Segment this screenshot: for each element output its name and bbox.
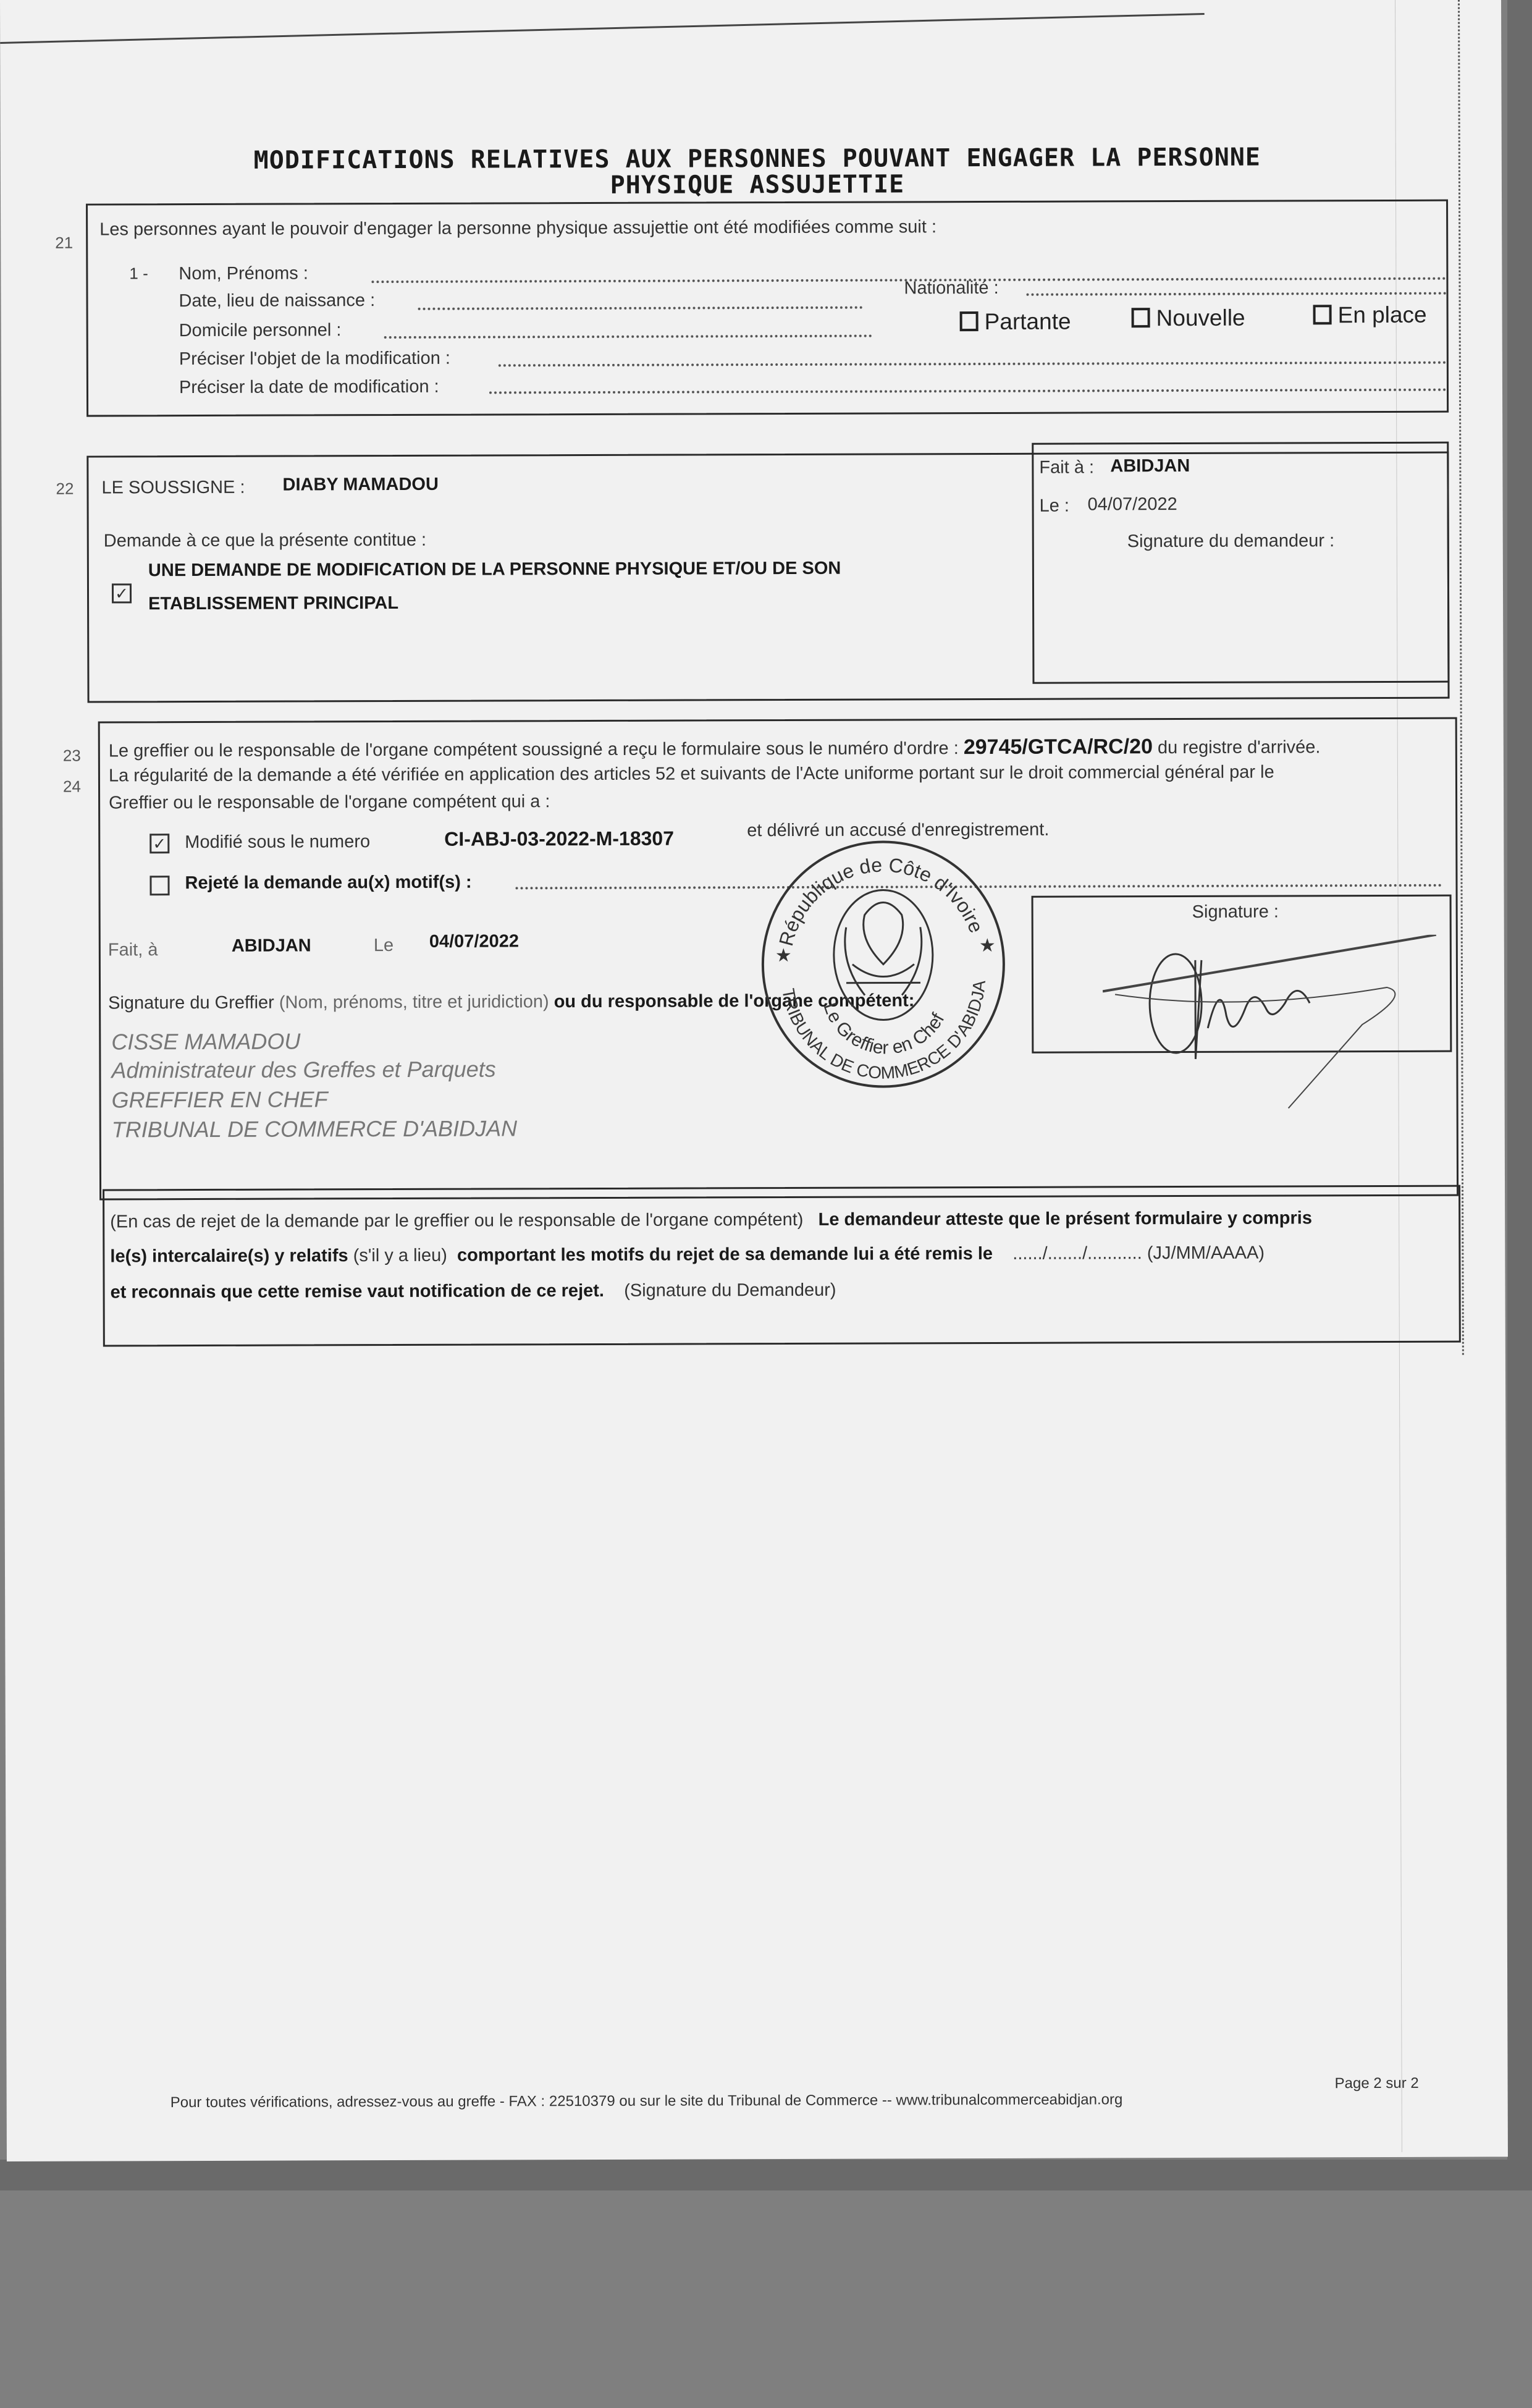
demande-label: Demande à ce que la présente contitue :	[104, 530, 426, 552]
option-nouvelle[interactable]: Nouvelle	[1132, 305, 1245, 332]
greffe-fait-a-value: ABIDJAN	[232, 936, 311, 956]
signature-demandeur-label: Signature du demandeur :	[1127, 531, 1334, 552]
rejected-checkbox[interactable]	[149, 876, 169, 895]
greffe-le-value: 04/07/2022	[429, 931, 519, 952]
checkbox-partante[interactable]	[960, 311, 979, 331]
objet-modification-label: Préciser l'objet de la modification :	[179, 349, 450, 370]
option-en-place[interactable]: En place	[1313, 302, 1427, 329]
order-number: 29745/GTCA/RC/20	[964, 735, 1153, 759]
request-line-1: UNE DEMANDE DE MODIFICATION DE LA PERSON…	[148, 559, 841, 581]
svg-text:★: ★	[979, 936, 996, 956]
section-number: 24	[63, 777, 81, 796]
nationalite-label: Nationalité :	[904, 278, 998, 298]
request-line-2: ETABLISSEMENT PRINCIPAL	[148, 593, 398, 614]
modified-number: CI-ABJ-03-2022-M-18307	[444, 827, 674, 851]
modification-request-checkbox[interactable]: ✓	[112, 583, 132, 603]
section-24-line-1: La régularité de la demande a été vérifi…	[109, 763, 1274, 787]
greffe-signature-label: Signature :	[1192, 902, 1279, 923]
scanner-band	[0, 2160, 1532, 2190]
cut-line	[0, 13, 1205, 44]
greffier-role: GREFFIER EN CHEF	[112, 1086, 328, 1113]
le-label: Le :	[1040, 496, 1069, 517]
nom-prenoms-label: Nom, Prénoms :	[179, 263, 308, 284]
modified-checkbox[interactable]: ✓	[149, 834, 169, 853]
soussigne-label: LE SOUSSIGNE :	[101, 478, 245, 499]
checkbox-en-place[interactable]	[1313, 305, 1332, 324]
item-index: 1 -	[129, 264, 148, 283]
fait-a-label: Fait à :	[1039, 457, 1094, 478]
court-stamp: République de Côte d'Ivoire TRIBUNAL DE …	[753, 834, 1013, 1094]
date-modification-label: Préciser la date de modification :	[179, 377, 439, 398]
rejection-date-field[interactable]: ....../......./...........	[1012, 1243, 1142, 1264]
footer-text: Pour toutes vérifications, adressez-vous…	[170, 2091, 1123, 2111]
greffier-title: Administrateur des Greffes et Parquets	[111, 1056, 495, 1083]
greffe-le-label: Le	[374, 936, 394, 956]
greffier-court: TRIBUNAL DE COMMERCE D'ABIDJAN	[112, 1115, 517, 1143]
section-number: 23	[63, 746, 81, 766]
option-partante[interactable]: Partante	[960, 309, 1071, 336]
scan-artifact-dashes	[1458, 0, 1464, 1355]
fait-a-value: ABIDJAN	[1110, 456, 1190, 476]
rejection-line-1: (En cas de rejet de la demande par le gr…	[110, 1208, 1312, 1232]
fait-a-box	[1032, 442, 1449, 684]
section-24-line-2: Greffier ou le responsable de l'organe c…	[109, 792, 550, 813]
rejection-line-2: le(s) intercalaire(s) y relatifs (s'il y…	[110, 1243, 1265, 1267]
greffe-fait-a-label: Fait, à	[108, 940, 158, 960]
section-number: 22	[56, 479, 74, 499]
rejection-line-3: et reconnais que cette remise vaut notif…	[111, 1280, 836, 1303]
modified-label: Modifié sous le numero	[185, 832, 370, 853]
greffier-signature	[1103, 935, 1449, 1122]
checkbox-nouvelle[interactable]	[1132, 308, 1150, 327]
page-title: MODIFICATIONS RELATIVES AUX PERSONNES PO…	[155, 144, 1360, 200]
document-page: MODIFICATIONS RELATIVES AUX PERSONNES PO…	[0, 0, 1508, 2161]
date-lieu-naissance-label: Date, lieu de naissance :	[179, 290, 375, 311]
section-23-text: Le greffier ou le responsable de l'organ…	[109, 734, 1321, 762]
page-number: Page 2 sur 2	[1335, 2075, 1419, 2092]
section-21-intro: Les personnes ayant le pouvoir d'engager…	[99, 217, 936, 240]
le-value: 04/07/2022	[1088, 494, 1177, 515]
svg-text:★: ★	[775, 945, 792, 966]
scanner-edge	[1507, 0, 1532, 2190]
svg-text:Le Greffier en Chef: Le Greffier en Chef	[819, 1000, 948, 1058]
domicile-label: Domicile personnel :	[179, 320, 342, 341]
section-number: 21	[55, 234, 73, 253]
soussigne-value: DIABY MAMADOU	[282, 475, 439, 496]
greffier-name: CISSE MAMADOU	[111, 1028, 300, 1055]
rejected-label: Rejeté la demande au(x) motif(s) :	[185, 872, 471, 893]
